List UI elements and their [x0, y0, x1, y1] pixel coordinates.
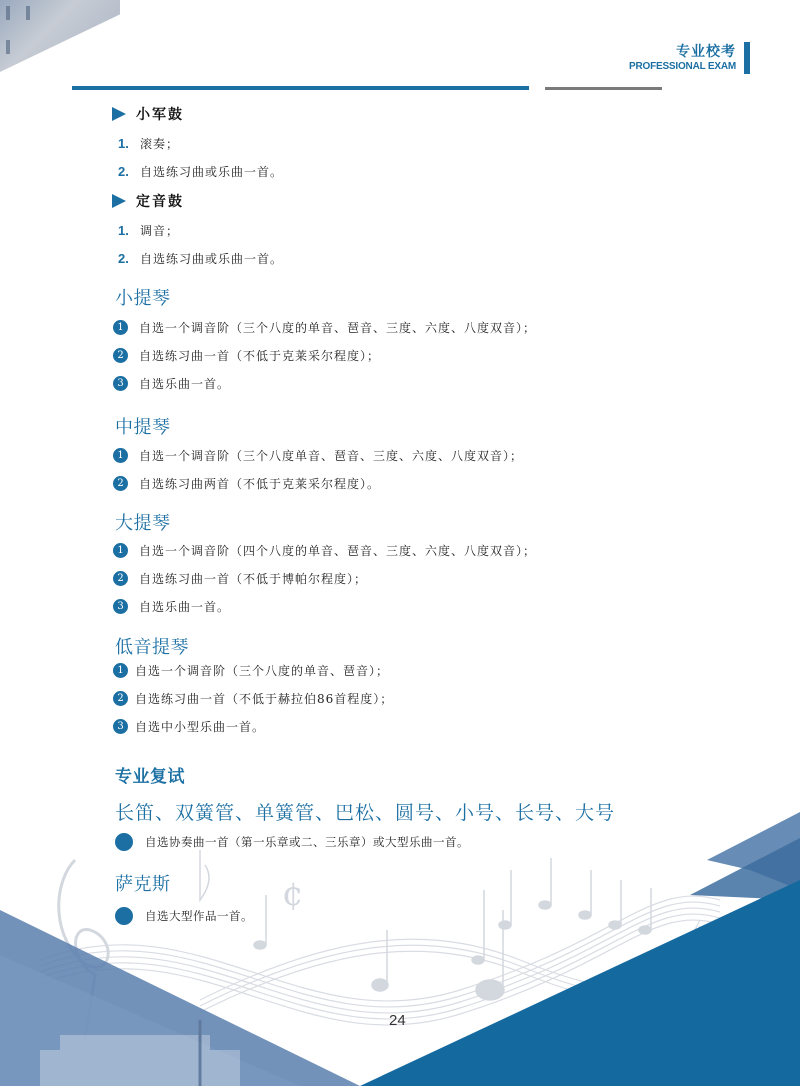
left-blue-band — [0, 910, 360, 1086]
list-item: 2. 自选练习曲或乐曲一首。 — [118, 161, 283, 181]
item-text: 调音； — [140, 222, 179, 239]
numbered-circle-icon: 3 — [113, 599, 128, 614]
brand-title-cn: 专业校考 — [676, 41, 736, 61]
item-number: 2. — [118, 251, 140, 266]
list-item: 1. 滚奏； — [118, 133, 179, 153]
section-snare-drum-heading: 小军鼓 — [112, 104, 184, 124]
item-text: 自选练习曲两首（不低于克莱采尔程度）。 — [139, 475, 380, 492]
list-item: 1 自选一个调音阶（四个八度的单音、琶音、三度、六度、八度双音）； — [113, 540, 536, 560]
list-item: 2 自选练习曲一首（不低于博帕尔程度）； — [113, 568, 367, 588]
list-item: 1 自选一个调音阶（三个八度单音、琶音、三度、六度、八度双音）； — [113, 445, 523, 465]
svg-text:¢: ¢ — [282, 874, 304, 914]
right-blue-band — [360, 880, 800, 1086]
list-item: 3 自选乐曲一首。 — [113, 373, 230, 393]
item-text: 自选一个调音阶（三个八度的单音、琶音、三度、六度、八度双音）； — [139, 319, 536, 336]
item-text: 自选一个调音阶（三个八度的单音、琶音）； — [135, 662, 389, 679]
numbered-circle-icon: 3 — [113, 719, 128, 734]
round-bullet-icon — [115, 833, 133, 851]
right-accent-triangle-light — [707, 812, 800, 890]
round-bullet-icon — [115, 907, 133, 925]
section-viola-title: 中提琴 — [115, 413, 171, 439]
header-photo-corner — [0, 0, 120, 72]
item-number: 2. — [118, 164, 140, 179]
triangle-bullet-icon — [112, 194, 126, 208]
section-cello-title: 大提琴 — [115, 509, 171, 535]
numbered-circle-icon: 1 — [113, 663, 128, 678]
numbered-circle-icon: 1 — [113, 543, 128, 558]
right-accent-triangle-mid — [690, 838, 800, 900]
page-number: 24 — [389, 1012, 406, 1029]
section-title: 小军鼓 — [136, 104, 184, 124]
item-text: 滚奏； — [140, 135, 179, 152]
section-saxophone-title: 萨克斯 — [115, 870, 171, 896]
list-item: 自选大型作品一首。 — [115, 905, 253, 927]
list-item: 1 自选一个调音阶（三个八度的单音、琶音、三度、六度、八度双音）； — [113, 317, 536, 337]
item-text: 自选一个调音阶（三个八度单音、琶音、三度、六度、八度双音）； — [139, 447, 523, 464]
item-text: 自选练习曲一首（不低于赫拉伯86首程度）； — [135, 690, 393, 707]
item-text: 自选练习曲或乐曲一首。 — [140, 250, 283, 267]
section-title: 定音鼓 — [136, 191, 184, 211]
header-rule-blue — [72, 86, 529, 90]
item-number: 1. — [118, 223, 140, 238]
list-item: 自选协奏曲一首（第一乐章或二、三乐章）或大型乐曲一首。 — [115, 831, 469, 853]
list-item: 1. 调音； — [118, 220, 179, 240]
numbered-circle-icon: 2 — [113, 476, 128, 491]
brand-title-en: PROFESSIONAL EXAM — [629, 61, 736, 72]
item-text: 自选乐曲一首。 — [139, 375, 230, 392]
triangle-bullet-icon — [112, 107, 126, 121]
item-number: 1. — [118, 136, 140, 151]
numbered-circle-icon: 3 — [113, 376, 128, 391]
item-text: 自选乐曲一首。 — [139, 598, 230, 615]
list-item: 2 自选练习曲一首（不低于克莱采尔程度）； — [113, 345, 380, 365]
item-text: 自选协奏曲一首（第一乐章或二、三乐章）或大型乐曲一首。 — [145, 834, 469, 850]
section-timpani-heading: 定音鼓 — [112, 191, 184, 211]
section-retest-title: 专业复试 — [115, 762, 185, 787]
numbered-circle-icon: 1 — [113, 448, 128, 463]
list-item: 2. 自选练习曲或乐曲一首。 — [118, 248, 283, 268]
numbered-circle-icon: 1 — [113, 320, 128, 335]
numbered-circle-icon: 2 — [113, 691, 128, 706]
item-text: 自选大型作品一首。 — [145, 908, 253, 924]
list-item: 2 自选练习曲两首（不低于克莱采尔程度）。 — [113, 473, 380, 493]
item-text: 自选练习曲或乐曲一首。 — [140, 163, 283, 180]
section-violin-title: 小提琴 — [115, 284, 171, 310]
section-double-bass-title: 低音提琴 — [115, 633, 189, 659]
item-text: 自选中小型乐曲一首。 — [135, 718, 265, 735]
list-item: 1 自选一个调音阶（三个八度的单音、琶音）； — [113, 660, 389, 680]
item-text: 自选练习曲一首（不低于克莱采尔程度）； — [139, 347, 380, 364]
list-item: 3 自选中小型乐曲一首。 — [113, 716, 265, 736]
item-text: 自选一个调音阶（四个八度的单音、琶音、三度、六度、八度双音）； — [139, 542, 536, 559]
section-winds-title: 长笛、双簧管、单簧管、巴松、圆号、小号、长号、大号 — [115, 798, 615, 825]
header-rule-gray — [545, 87, 662, 90]
numbered-circle-icon: 2 — [113, 571, 128, 586]
list-item: 3 自选乐曲一首。 — [113, 596, 230, 616]
list-item: 2 自选练习曲一首（不低于赫拉伯86首程度）； — [113, 688, 393, 708]
brand-accent-bar — [744, 42, 750, 74]
numbered-circle-icon: 2 — [113, 348, 128, 363]
item-text: 自选练习曲一首（不低于博帕尔程度）； — [139, 570, 367, 587]
